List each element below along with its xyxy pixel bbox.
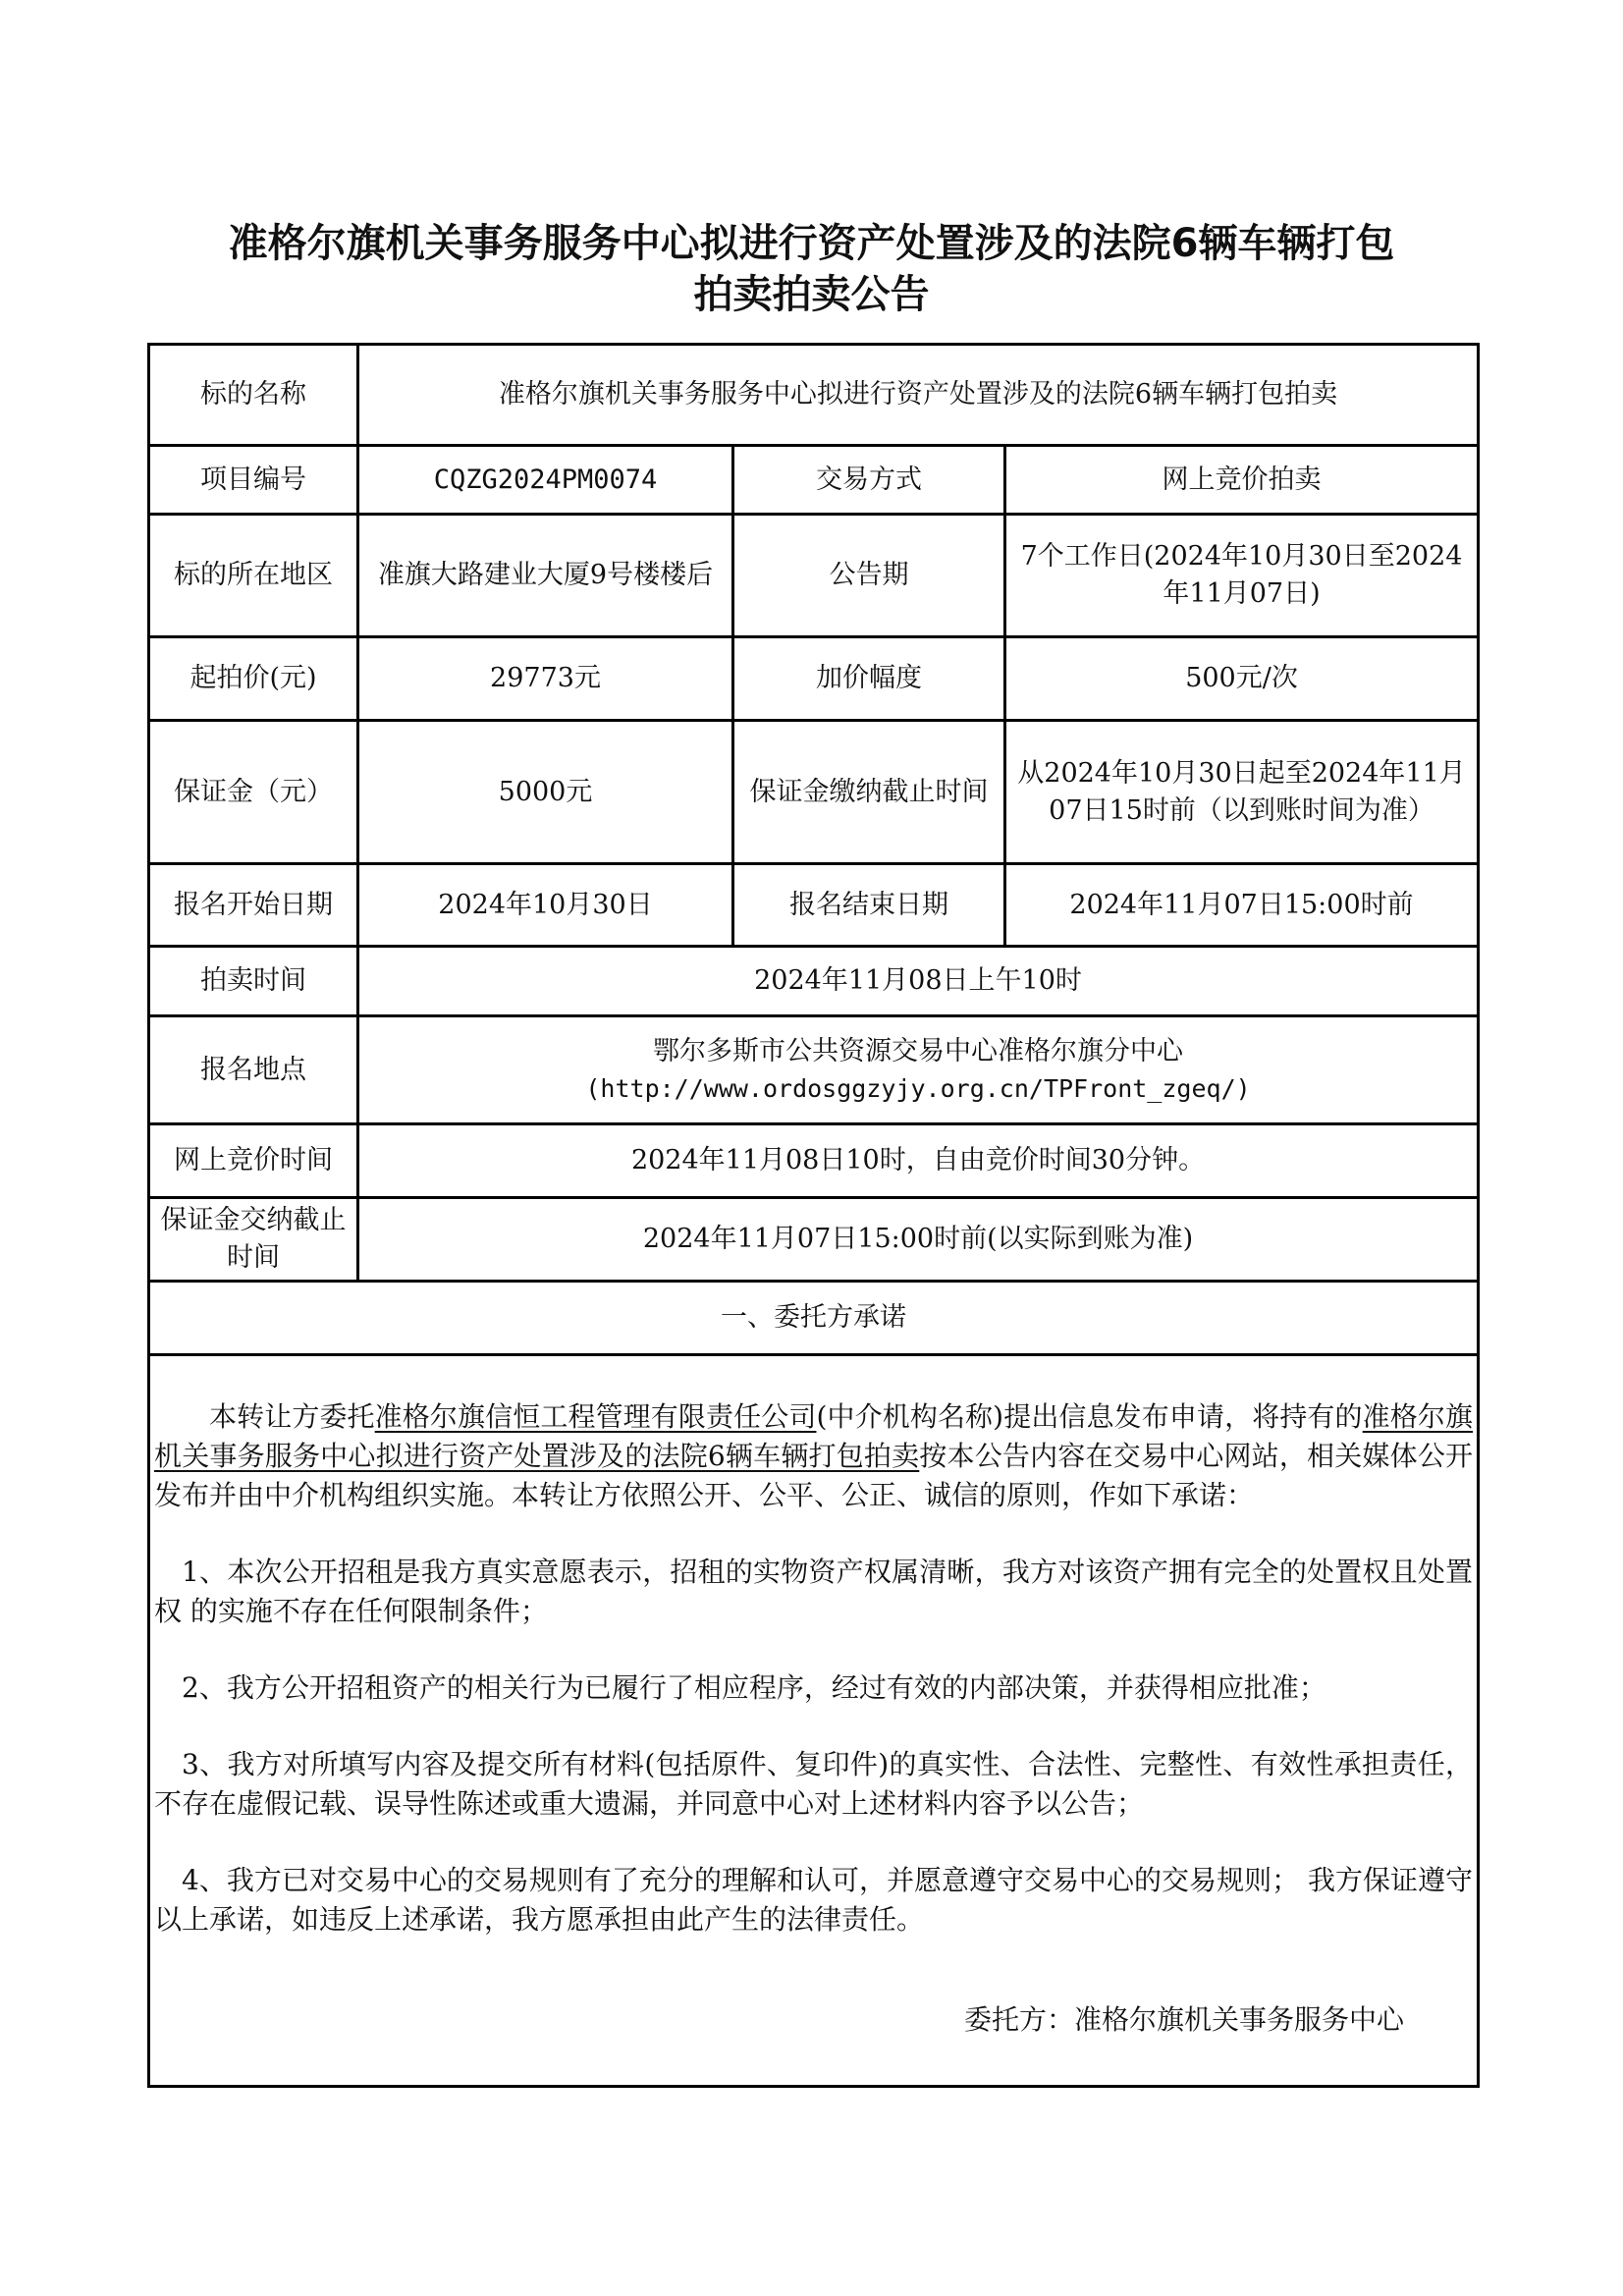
- value-auction-time: 2024年11月08日上午10时: [358, 947, 1479, 1016]
- label-notice-period: 公告期: [733, 515, 1005, 637]
- label-reg-place: 报名地点: [149, 1016, 358, 1124]
- label-auction-time: 拍卖时间: [149, 947, 358, 1016]
- value-deposit: 5000元: [358, 721, 733, 864]
- commitment-item-1: 1、本次公开招租是我方真实意愿表示，招租的实物资产权属清晰，我方对该资产拥有完全…: [154, 1553, 1473, 1631]
- label-deposit-pay-deadline: 保证金交纳截止时间: [149, 1198, 358, 1282]
- value-deposit-pay-deadline: 2024年11月07日15:00时前(以实际到账为准): [358, 1198, 1479, 1282]
- value-deposit-deadline: 从2024年10月30日起至2024年11月07日15时前（以到账时间为准）: [1005, 721, 1479, 864]
- label-project-no: 项目编号: [149, 446, 358, 515]
- row-auction-time: 拍卖时间 2024年11月08日上午10时: [149, 947, 1479, 1016]
- value-project-no: CQZG2024PM0074: [358, 446, 733, 515]
- label-trade-method: 交易方式: [733, 446, 1005, 515]
- row-online-bid-time: 网上竞价时间 2024年11月08日10时，自由竞价时间30分钟。: [149, 1124, 1479, 1198]
- value-online-bid-time: 2024年11月08日10时，自由竞价时间30分钟。: [358, 1124, 1479, 1198]
- label-reg-end: 报名结束日期: [733, 864, 1005, 947]
- value-notice-period: 7个工作日(2024年10月30日至2024年11月07日): [1005, 515, 1479, 637]
- commitment-item-3: 3、我方对所填写内容及提交所有材料(包括原件、复印件)的真实性、合法性、完整性、…: [154, 1745, 1473, 1824]
- value-reg-end: 2024年11月07日15:00时前: [1005, 864, 1479, 947]
- document-title: 准格尔旗机关事务服务中心拟进行资产处置涉及的法院6辆车辆打包 拍卖拍卖公告: [147, 218, 1476, 320]
- label-reg-start: 报名开始日期: [149, 864, 358, 947]
- label-subject-name: 标的名称: [149, 345, 358, 446]
- value-trade-method: 网上竞价拍卖: [1005, 446, 1479, 515]
- intro-mid: (中介机构名称)提出信息发布申请，将持有的: [816, 1400, 1362, 1433]
- row-location: 标的所在地区 准旗大路建业大厦9号楼楼后 公告期 7个工作日(2024年10月3…: [149, 515, 1479, 637]
- row-registration-place: 报名地点 鄂尔多斯市公共资源交易中心准格尔旗分中心 (http://www.or…: [149, 1016, 1479, 1124]
- label-start-price: 起拍价(元): [149, 637, 358, 721]
- label-deposit-deadline: 保证金缴纳截止时间: [733, 721, 1005, 864]
- value-reg-place: 鄂尔多斯市公共资源交易中心准格尔旗分中心 (http://www.ordosgg…: [358, 1016, 1479, 1124]
- commitment-item-2: 2、我方公开招租资产的相关行为已履行了相应程序，经过有效的内部决策，并获得相应批…: [154, 1668, 1473, 1708]
- value-increment: 500元/次: [1005, 637, 1479, 721]
- commitment-item-4: 4、我方已对交易中心的交易规则有了充分的理解和认可，并愿意遵守交易中心的交易规则…: [154, 1861, 1473, 1940]
- commitment-heading: 一、委托方承诺: [149, 1282, 1479, 1355]
- commitment-intro: 本转让方委托准格尔旗信恒工程管理有限责任公司(中介机构名称)提出信息发布申请，将…: [154, 1397, 1473, 1515]
- row-project-no: 项目编号 CQZG2024PM0074 交易方式 网上竞价拍卖: [149, 446, 1479, 515]
- row-start-price: 起拍价(元) 29773元 加价幅度 500元/次: [149, 637, 1479, 721]
- signature: 委托方：准格尔旗机关事务服务中心: [154, 2000, 1473, 2040]
- row-deposit-pay-deadline: 保证金交纳截止时间 2024年11月07日15:00时前(以实际到账为准): [149, 1198, 1479, 1282]
- value-reg-start: 2024年10月30日: [358, 864, 733, 947]
- label-location: 标的所在地区: [149, 515, 358, 637]
- reg-place-name: 鄂尔多斯市公共资源交易中心准格尔旗分中心: [365, 1033, 1471, 1070]
- commitment-body: 本转让方委托准格尔旗信恒工程管理有限责任公司(中介机构名称)提出信息发布申请，将…: [149, 1355, 1479, 2087]
- value-subject-name: 准格尔旗机关事务服务中心拟进行资产处置涉及的法院6辆车辆打包拍卖: [358, 345, 1479, 446]
- reg-place-url[interactable]: (http://www.ordosggzyjy.org.cn/TPFront_z…: [365, 1070, 1471, 1108]
- row-commitment-heading: 一、委托方承诺: [149, 1282, 1479, 1355]
- title-line-2: 拍卖拍卖公告: [147, 269, 1476, 320]
- title-line-1: 准格尔旗机关事务服务中心拟进行资产处置涉及的法院6辆车辆打包: [147, 218, 1476, 269]
- row-subject-name: 标的名称 准格尔旗机关事务服务中心拟进行资产处置涉及的法院6辆车辆打包拍卖: [149, 345, 1479, 446]
- row-deposit: 保证金（元） 5000元 保证金缴纳截止时间 从2024年10月30日起至202…: [149, 721, 1479, 864]
- row-registration-dates: 报名开始日期 2024年10月30日 报名结束日期 2024年11月07日15:…: [149, 864, 1479, 947]
- agency-name: 准格尔旗信恒工程管理有限责任公司: [375, 1400, 817, 1433]
- label-deposit: 保证金（元）: [149, 721, 358, 864]
- value-start-price: 29773元: [358, 637, 733, 721]
- label-online-bid-time: 网上竞价时间: [149, 1124, 358, 1198]
- value-location: 准旗大路建业大厦9号楼楼后: [358, 515, 733, 637]
- intro-prefix: 本转让方委托: [209, 1400, 375, 1433]
- row-commitment-body: 本转让方委托准格尔旗信恒工程管理有限责任公司(中介机构名称)提出信息发布申请，将…: [149, 1355, 1479, 2087]
- announcement-table: 标的名称 准格尔旗机关事务服务中心拟进行资产处置涉及的法院6辆车辆打包拍卖 项目…: [147, 343, 1480, 2088]
- label-increment: 加价幅度: [733, 637, 1005, 721]
